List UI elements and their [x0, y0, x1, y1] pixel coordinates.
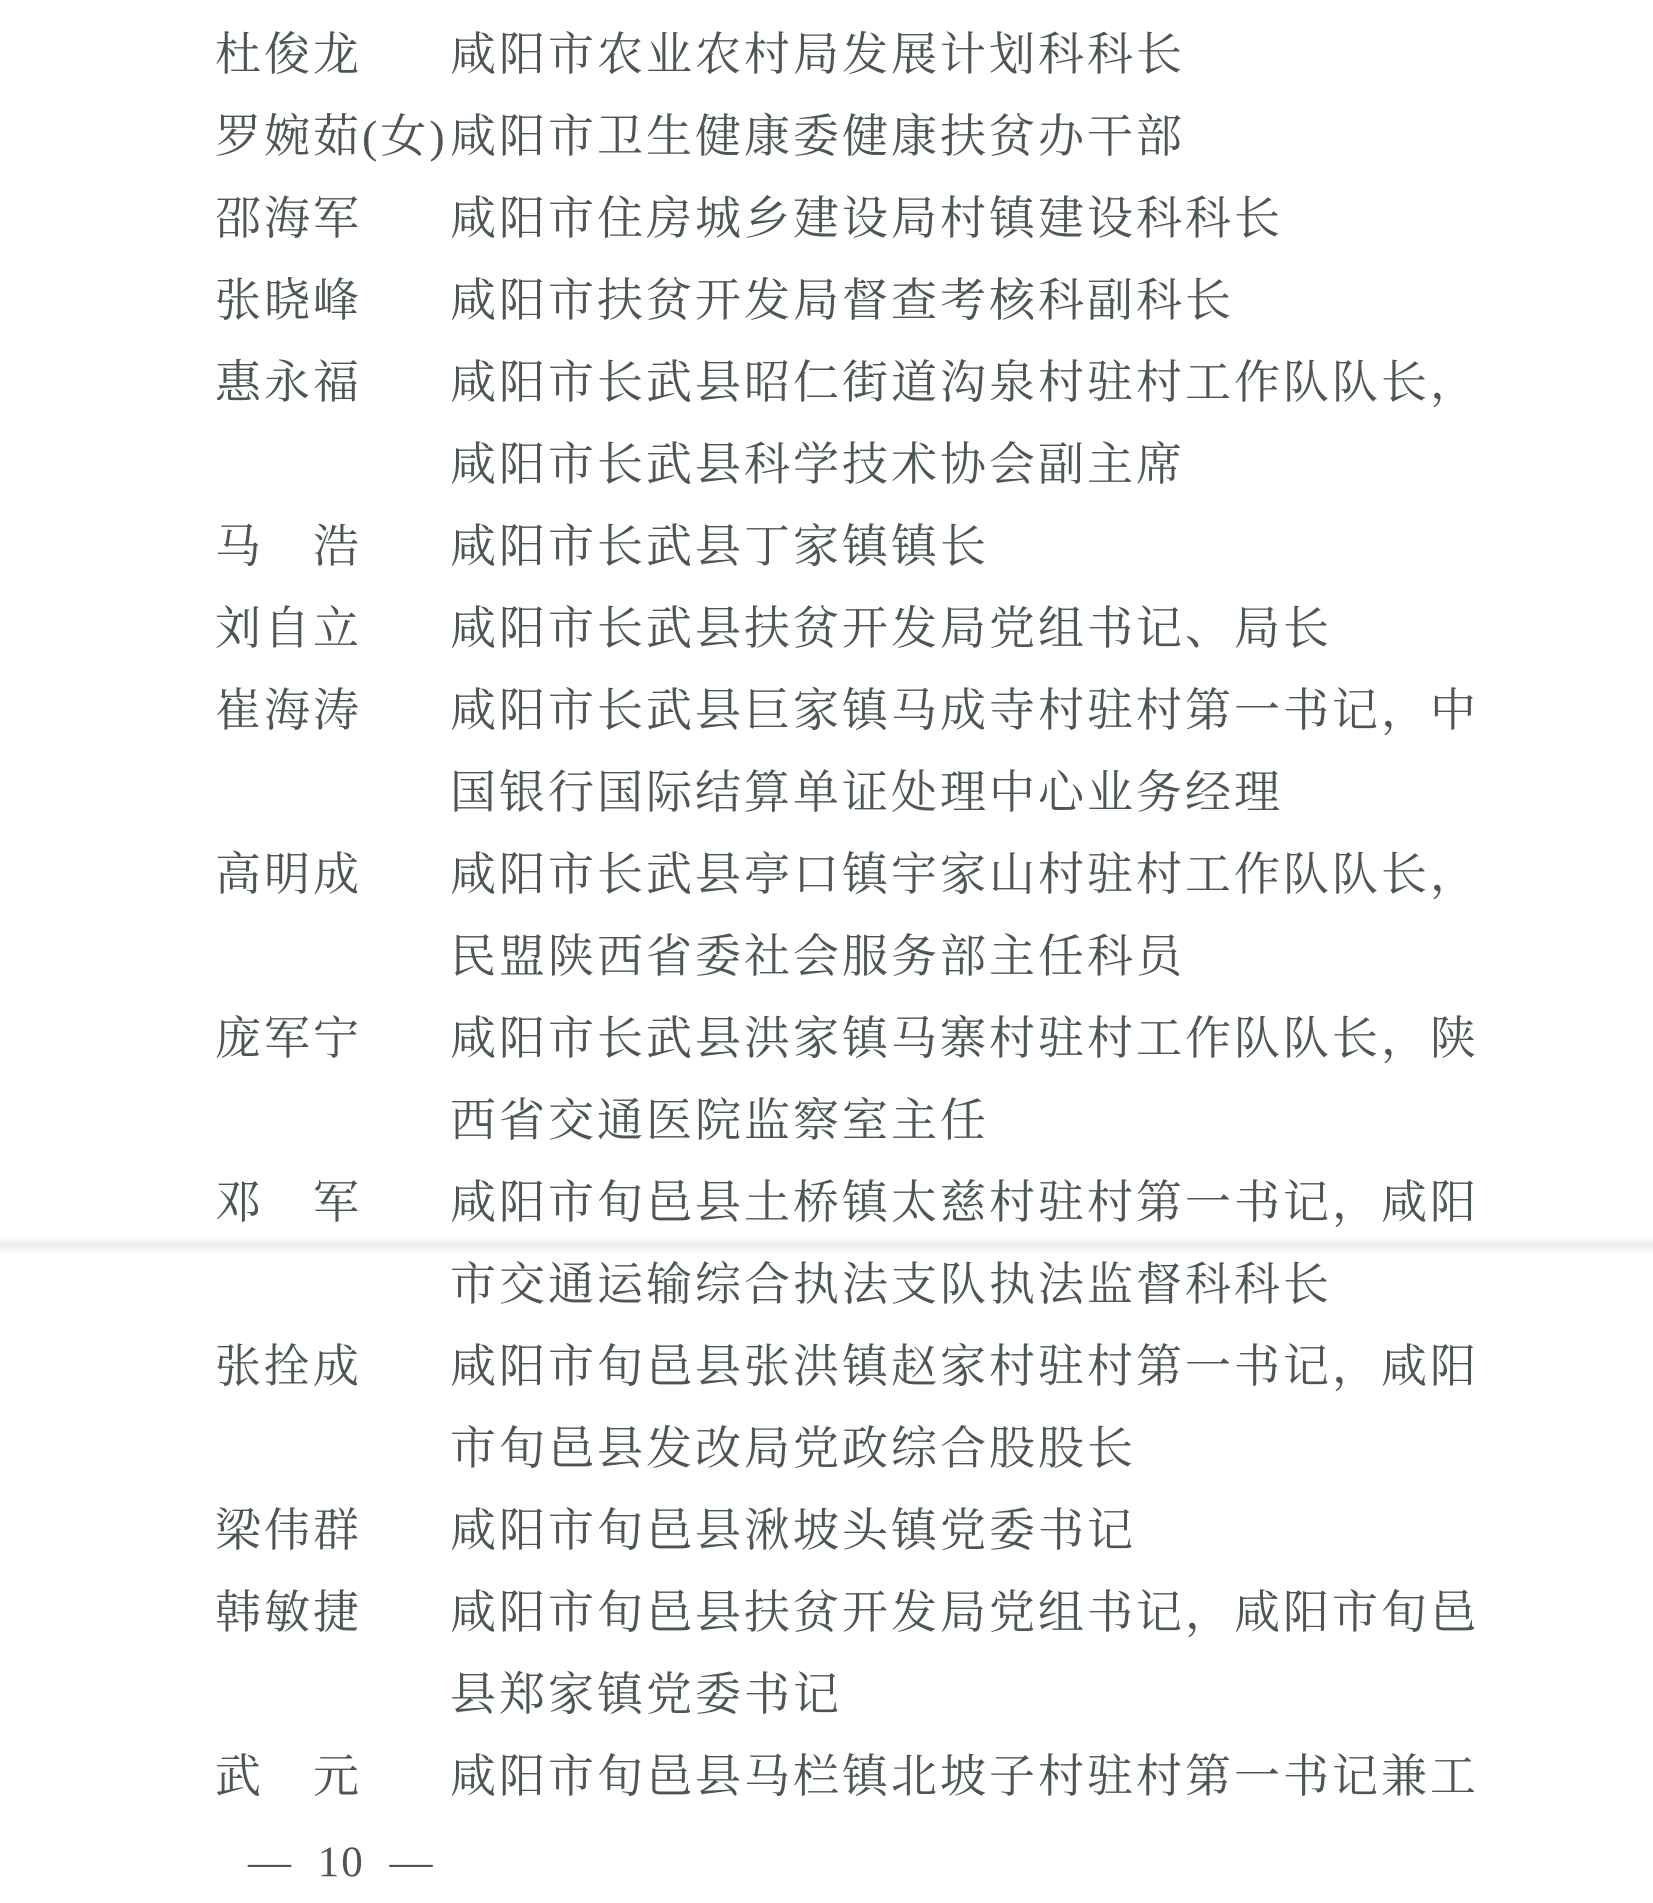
roster-entry: 武 元 咸阳市旬邑县马栏镇北坡子村驻村第一书记兼工 [215, 1736, 1555, 1818]
person-position: 咸阳市扶贫开发局督查考核科副科长 [450, 260, 1540, 342]
roster-entry: 马 浩 咸阳市长武县丁家镇镇长 [215, 506, 1555, 588]
person-position: 咸阳市旬邑县土桥镇太慈村驻村第一书记，咸阳 市交通运输综合执法支队执法监督科科长 [450, 1162, 1540, 1326]
person-position: 咸阳市卫生健康委健康扶贫办干部 [450, 96, 1540, 178]
roster-entry: 梁伟群 咸阳市旬邑县湫坡头镇党委书记 [215, 1490, 1555, 1572]
person-name: 武 元 [215, 1736, 450, 1818]
roster-entry: 刘自立 咸阳市长武县扶贫开发局党组书记、局长 [215, 588, 1555, 670]
person-name: 杜俊龙 [215, 14, 450, 96]
person-position: 咸阳市长武县亭口镇宇家山村驻村工作队队长， 民盟陕西省委社会服务部主任科员 [450, 834, 1540, 998]
page-footer: — 10 — [248, 1832, 435, 1894]
person-name: 惠永福 [215, 342, 450, 424]
person-position: 咸阳市农业农村局发展计划科科长 [450, 14, 1540, 96]
person-position: 咸阳市长武县丁家镇镇长 [450, 506, 1540, 588]
person-name: 马 浩 [215, 506, 450, 588]
person-position: 咸阳市长武县昭仁街道沟泉村驻村工作队队长， 咸阳市长武县科学技术协会副主席 [450, 342, 1540, 506]
person-position: 咸阳市长武县扶贫开发局党组书记、局长 [450, 588, 1540, 670]
person-position: 咸阳市旬邑县湫坡头镇党委书记 [450, 1490, 1540, 1572]
person-name: 张晓峰 [215, 260, 450, 342]
roster-entry: 高明成 咸阳市长武县亭口镇宇家山村驻村工作队队长， 民盟陕西省委社会服务部主任科… [215, 834, 1555, 998]
person-name: 邓 军 [215, 1162, 450, 1244]
roster-entry: 罗婉茹(女) 咸阳市卫生健康委健康扶贫办干部 [215, 96, 1555, 178]
person-name: 崔海涛 [215, 670, 450, 752]
person-position: 咸阳市长武县巨家镇马成寺村驻村第一书记，中 国银行国际结算单证处理中心业务经理 [450, 670, 1540, 834]
person-position: 咸阳市旬邑县张洪镇赵家村驻村第一书记，咸阳 市旬邑县发改局党政综合股股长 [450, 1326, 1540, 1490]
roster-entry: 张晓峰 咸阳市扶贫开发局督查考核科副科长 [215, 260, 1555, 342]
person-name: 梁伟群 [215, 1490, 450, 1572]
page-number: — 10 — [248, 1839, 435, 1886]
roster-entry: 惠永福 咸阳市长武县昭仁街道沟泉村驻村工作队队长， 咸阳市长武县科学技术协会副主… [215, 342, 1555, 506]
roster-entry: 张拴成 咸阳市旬邑县张洪镇赵家村驻村第一书记，咸阳 市旬邑县发改局党政综合股股长 [215, 1326, 1555, 1490]
person-name: 邵海军 [215, 178, 450, 260]
roster-entry: 杜俊龙 咸阳市农业农村局发展计划科科长 [215, 14, 1555, 96]
person-name: 高明成 [215, 834, 450, 916]
roster-entry: 邓 军 咸阳市旬邑县土桥镇太慈村驻村第一书记，咸阳 市交通运输综合执法支队执法监… [215, 1162, 1555, 1326]
roster-entry: 邵海军 咸阳市住房城乡建设局村镇建设科科长 [215, 178, 1555, 260]
person-position: 咸阳市旬邑县马栏镇北坡子村驻村第一书记兼工 [450, 1736, 1540, 1818]
person-position: 咸阳市旬邑县扶贫开发局党组书记，咸阳市旬邑 县郑家镇党委书记 [450, 1572, 1540, 1736]
roster-list: 杜俊龙 咸阳市农业农村局发展计划科科长 罗婉茹(女) 咸阳市卫生健康委健康扶贫办… [215, 14, 1555, 1818]
person-position: 咸阳市住房城乡建设局村镇建设科科长 [450, 178, 1540, 260]
person-name: 庞军宁 [215, 998, 450, 1080]
roster-entry: 庞军宁 咸阳市长武县洪家镇马寨村驻村工作队队长，陕 西省交通医院监察室主任 [215, 998, 1555, 1162]
person-name: 张拴成 [215, 1326, 450, 1408]
roster-entry: 韩敏捷 咸阳市旬邑县扶贫开发局党组书记，咸阳市旬邑 县郑家镇党委书记 [215, 1572, 1555, 1736]
person-name: 韩敏捷 [215, 1572, 450, 1654]
person-name: 刘自立 [215, 588, 450, 670]
person-position: 咸阳市长武县洪家镇马寨村驻村工作队队长，陕 西省交通医院监察室主任 [450, 998, 1540, 1162]
person-name: 罗婉茹(女) [215, 96, 450, 178]
roster-entry: 崔海涛 咸阳市长武县巨家镇马成寺村驻村第一书记，中 国银行国际结算单证处理中心业… [215, 670, 1555, 834]
